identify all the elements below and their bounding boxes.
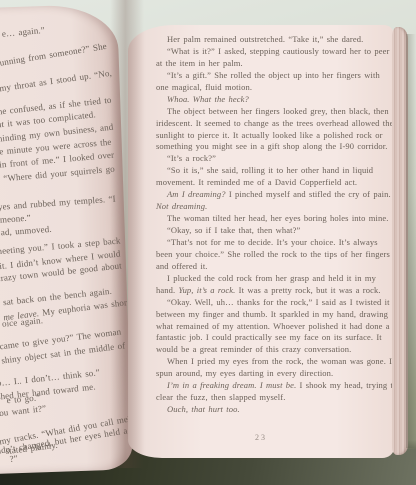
text-segment: ou want it?” [0, 403, 46, 418]
text-line: clear the fuzz, then slapped myself. [156, 392, 386, 404]
text-line: Am I dreaming? I pinched myself and stif… [156, 189, 386, 201]
text-line-fragment: oice again. [1, 315, 43, 329]
text-segment: one magical, fluid motion. [156, 82, 252, 92]
text-segment: “Okay, so if I take that, then what?” [167, 225, 300, 235]
text-line: fantastic job. I could practically see m… [156, 332, 386, 344]
text-line: would be a great reminder of this crazy … [156, 344, 386, 356]
text-segment: movement. It reminded me of a David Copp… [156, 177, 357, 187]
italic-text-segment: Yup, it’s a rock. [179, 285, 236, 295]
text-line: what remained of my attention. Whoever p… [156, 321, 386, 333]
text-line: When I pried my eyes from the rock, the … [156, 356, 386, 368]
text-segment: I pinched myself and stifled the cry of … [226, 189, 391, 199]
text-line-fragment: ?” [9, 453, 18, 464]
text-line: “Okay, so if I take that, then what?” [156, 225, 386, 237]
text-line: I’m in a freaking dream. I must be. I sh… [156, 380, 386, 392]
text-segment: ed my throat as I stood up. “No, [0, 68, 112, 95]
text-segment: hand. [156, 285, 179, 295]
text-segment: and offered it. [156, 261, 208, 271]
italic-text-segment: Am I dreaming? [167, 189, 226, 199]
text-segment: “What is it?” I asked, stepping cautious… [167, 46, 389, 56]
text-segment: eyes and rubbed my temples. “I [0, 194, 116, 212]
text-segment: iridescent. It seemed to change as the t… [156, 118, 394, 128]
text-segment: clear the fuzz, then slapped myself. [156, 392, 285, 402]
text-line: The object between her fingers looked gr… [156, 106, 386, 118]
text-line-fragment: ed my throat as I stood up. “No, [0, 68, 112, 95]
text-segment: Her palm remained outstretched. “Take it… [167, 34, 363, 44]
text-segment: I plucked the cold rock from her grasp a… [167, 273, 376, 283]
text-segment: something you might see in a gift shop a… [156, 141, 388, 151]
italic-text-segment: I’m in a freaking dream. I must be. [167, 380, 296, 390]
text-segment: “Okay. Well, uh… thanks for the rock,” I… [167, 297, 390, 307]
text-line-fragment: u running from someone?” She [0, 41, 107, 70]
text-line: been your choice.” She rolled the rock t… [156, 249, 386, 261]
text-line: and offered it. [156, 261, 386, 273]
text-segment: oice again. [1, 315, 43, 329]
text-segment: fantastic job. I could practically see m… [156, 332, 382, 342]
text-line: “So it is,” she said, rolling it to her … [156, 165, 386, 177]
text-segment: between my finger and thumb. It sparkled… [156, 309, 388, 319]
text-line-fragment: omeone.” [0, 213, 32, 225]
text-line: “It’s a rock?” [156, 153, 386, 165]
text-line: “That’s not for me to decide. It’s your … [156, 237, 386, 249]
text-segment: “That’s not for me to decide. It’s your … [167, 237, 378, 247]
text-segment: what remained of my attention. Whoever p… [156, 321, 390, 331]
text-segment: would be a great reminder of this crazy … [156, 344, 351, 354]
text-line: The woman tilted her head, her eyes bori… [156, 213, 386, 225]
text-line: “What is it?” I asked, stepping cautious… [156, 46, 386, 58]
text-line: Whoa. What the heck? [156, 94, 386, 106]
text-line: at the item in her palm. [156, 58, 386, 70]
text-segment: at the item in her palm. [156, 58, 243, 68]
text-segment: spun around, my eyes darting in every di… [156, 368, 333, 378]
text-line: one magical, fluid motion. [156, 82, 386, 94]
book-photo: e… again.”u running from someone?” Sheed… [0, 0, 416, 485]
text-line: Not dreaming. [156, 201, 386, 213]
text-segment: I shook my head, trying to [296, 380, 394, 390]
page-number: 23 [128, 433, 394, 442]
right-page-text: Her palm remained outstretched. “Take it… [156, 34, 386, 416]
fore-edge-shadow [406, 34, 416, 448]
text-line: Ouch, that hurt too. [156, 404, 386, 416]
right-page: Her palm remained outstretched. “Take it… [128, 25, 394, 458]
italic-text-segment: Ouch, that hurt too. [167, 404, 240, 414]
text-line-fragment: e… again.” [1, 25, 45, 39]
text-line: between my finger and thumb. It sparkled… [156, 309, 386, 321]
text-segment: “So it is,” she said, rolling it to her … [167, 165, 373, 175]
text-line: sunlight to pierce it. It actually looke… [156, 130, 386, 142]
italic-text-segment: Not dreaming. [156, 201, 207, 211]
text-segment: been your choice.” She rolled the rock t… [156, 249, 390, 259]
text-segment: sunlight to pierce it. It actually looke… [156, 130, 383, 140]
text-line: I plucked the cold rock from her grasp a… [156, 273, 386, 285]
text-segment: e… again.” [1, 25, 45, 39]
text-line: “Okay. Well, uh… thanks for the rock,” I… [156, 297, 386, 309]
text-line: hand. Yup, it’s a rock. It was a pretty … [156, 285, 386, 297]
text-segment: “It’s a gift.” She rolled the object up … [167, 70, 380, 80]
text-segment: ?” [9, 453, 18, 464]
text-segment: ad, unmoved. [0, 224, 52, 238]
italic-text-segment: Whoa. What the heck? [167, 94, 249, 104]
text-segment: “It’s a rock?” [167, 153, 216, 163]
text-line-fragment: ou want it?” [0, 403, 46, 418]
text-segment: When I pried my eyes from the rock, the … [167, 356, 392, 366]
text-line: spun around, my eyes darting in every di… [156, 368, 386, 380]
left-page-text: e… again.”u running from someone?” Sheed… [0, 3, 117, 8]
left-page: e… again.”u running from someone?” Sheed… [0, 3, 133, 474]
text-segment: omeone.” [0, 213, 32, 225]
text-line: something you might see in a gift shop a… [156, 141, 386, 153]
text-segment: u running from someone?” She [0, 41, 107, 70]
text-segment: The object between her fingers looked gr… [167, 106, 389, 116]
text-segment: The woman tilted her head, her eyes bori… [167, 213, 389, 223]
text-line: Her palm remained outstretched. “Take it… [156, 34, 386, 46]
text-segment: It was a pretty rock, but it was a rock. [235, 285, 380, 295]
text-line: movement. It reminded me of a David Copp… [156, 177, 386, 189]
text-line: “It’s a gift.” She rolled the object up … [156, 70, 386, 82]
text-line: iridescent. It seemed to change as the t… [156, 118, 386, 130]
text-line-fragment: ad, unmoved. [0, 224, 52, 238]
text-line-fragment: eyes and rubbed my temples. “I [0, 194, 116, 212]
